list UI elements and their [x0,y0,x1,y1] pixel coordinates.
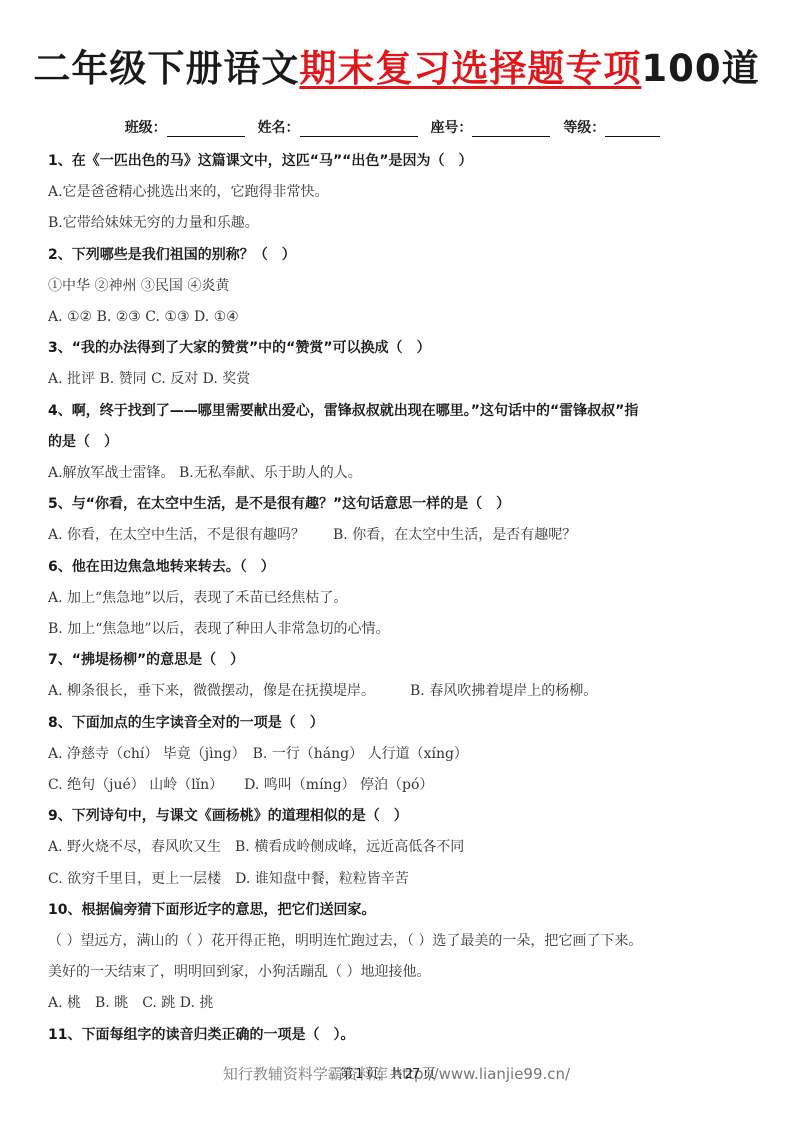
document-title: 二年级下册语文期末复习选择题专项100道 [0,44,793,94]
class-label: 班级： [125,120,167,136]
answer-option: A. 桃 B. 眺 C. 跳 D. 挑 [48,988,768,1019]
answer-option: B. 加上“焦急地”以后，表现了种田人非常急切的心情。 [48,614,768,645]
question-stem: 6、他在田边焦急地转来转去。（ ） [48,552,768,583]
name-blank [300,122,418,137]
question-stem: 的是（ ） [48,427,768,458]
answer-option: A. 野火烧不尽，春风吹又生 B. 横看成岭侧成峰，远近高低各不同 [48,832,768,863]
grade-blank [605,122,660,137]
question-stem: 2、下列哪些是我们祖国的别称？（ ） [48,240,768,271]
question-stem: 11、下面每组字的读音归类正确的一项是（ ）。 [48,1020,768,1051]
answer-option: 美好的一天结束了，明明回到家，小狗活蹦乱（ ）地迎接他。 [48,957,768,988]
question-stem: 7、“拂堤杨柳”的意思是（ ） [48,645,768,676]
answer-option: A. 加上“焦急地”以后，表现了禾苗已经焦枯了。 [48,583,768,614]
question-stem: 3、“我的办法得到了大家的赞赏”中的“赞赏”可以换成（ ） [48,333,768,364]
answer-option: C. 绝句（jué） 山岭（lǐn） D. 鸣叫（míng） 停泊（pó） [48,770,768,801]
answer-option: C. 欲穷千里目，更上一层楼 D. 谁知盘中餐，粒粒皆辛苦 [48,864,768,895]
answer-option: A. 批评 B. 赞同 C. 反对 D. 奖赏 [48,364,768,395]
answer-option: A. 净慈寺（chí） 毕竟（jìng） B. 一行（háng） 人行道（xín… [48,739,768,770]
page-footer: 知行教辅资料学霸资料库 http://www.lianjie99.cn/ 第 1… [0,1063,793,1084]
answer-option: A. ①② B. ②③ C. ①③ D. ①④ [48,302,768,333]
name-label: 姓名： [258,120,300,136]
answer-option: A.解放军战士雷锋。 B.无私奉献、乐于助人的人。 [48,458,768,489]
title-highlight: 期末复习选择题专项 [299,47,641,90]
answer-option: A. 柳条很长，垂下来，微微摆动，像是在抚摸堤岸。 B. 春风吹拂着堤岸上的杨柳… [48,676,768,707]
grade-label: 等级： [563,120,605,136]
question-stem: 5、与“你看，在太空中生活，是不是很有趣？”这句话意思一样的是（ ） [48,489,768,520]
question-list: 1、在《一匹出色的马》这篇课文中，这匹“马”“出色”是因为（ ）A.它是爸爸精心… [48,146,768,1051]
student-info-row: 班级： 姓名： 座号： 等级： [0,117,793,137]
question-stem: 4、啊，终于找到了——哪里需要献出爱心，雷锋叔叔就出现在哪里。”这句话中的“雷锋… [48,396,768,427]
question-stem: 1、在《一匹出色的马》这篇课文中，这匹“马”“出色”是因为（ ） [48,146,768,177]
question-stem: 9、下列诗句中，与课文《画杨桃》的道理相似的是（ ） [48,801,768,832]
title-suffix: 100道 [641,47,759,90]
page-number: 第 1 页，共 27 页 [340,1063,434,1082]
class-blank [167,122,245,137]
question-stem: 10、根据偏旁猜下面形近字的意思，把它们送回家。 [48,895,768,926]
question-stem: 8、下面加点的生字读音全对的一项是（ ） [48,708,768,739]
answer-option: A.它是爸爸精心挑选出来的，它跑得非常快。 [48,177,768,208]
answer-option: B.它带给妹妹无穷的力量和乐趣。 [48,208,768,239]
seat-blank [472,122,550,137]
answer-option: （ ）望远方，满山的（ ）花开得正艳，明明连忙跑过去，（ ）选了最美的一朵，把它… [48,926,768,957]
title-prefix: 二年级下册语文 [33,47,299,90]
answer-option: ①中华 ②神州 ③民国 ④炎黄 [48,271,768,302]
answer-option: A. 你看，在太空中生活，不是很有趣吗？ B. 你看，在太空中生活，是否有趣呢？ [48,520,768,551]
seat-label: 座号： [430,120,472,136]
